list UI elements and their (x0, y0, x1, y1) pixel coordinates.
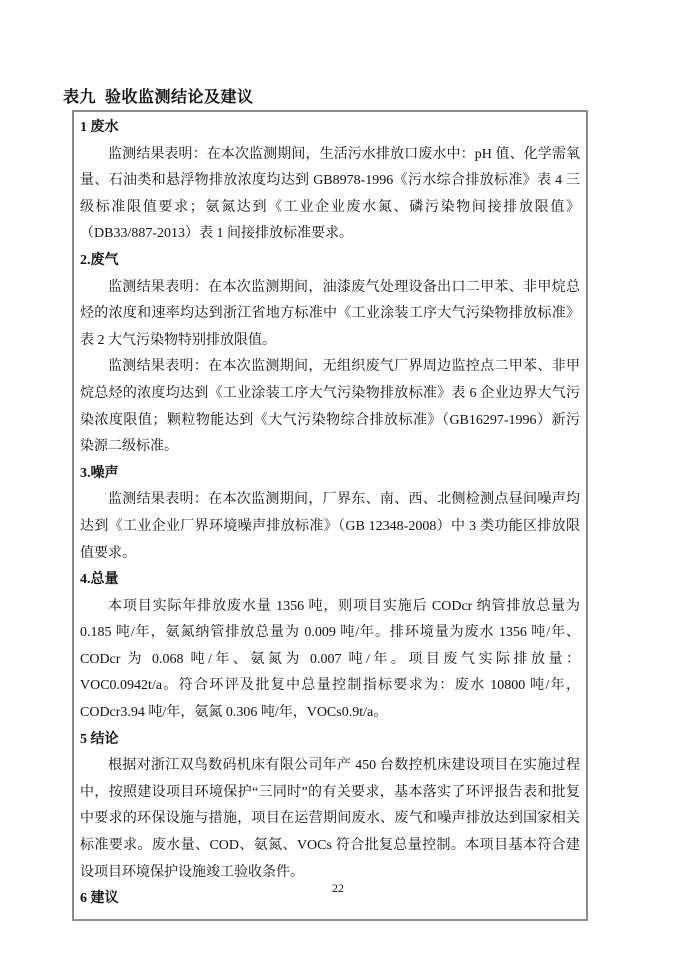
paragraph: 监测结果表明：在本次监测期间，油漆废气处理设备出口二甲苯、非甲烷总烃的浓度和速率… (80, 275, 580, 355)
section-heading: 3.噪声 (80, 461, 580, 488)
table-title: 表九 验收监测结论及建议 (63, 84, 254, 107)
section: 3.噪声监测结果表明：在本次监测期间，厂界东、南、西、北侧检测点昼间噪声均达到《… (80, 461, 580, 567)
paragraph: 监测结果表明：在本次监测期间，厂界东、南、西、北侧检测点昼间噪声均达到《工业企业… (80, 487, 580, 567)
paragraph: 监测结果表明：在本次监测期间，生活污水排放口废水中：pH 值、化学需氧量、石油类… (80, 142, 580, 248)
section-heading: 1 废水 (80, 115, 580, 142)
paragraph: 监测结果表明：在本次监测期间，无组织废气厂界周边监控点二甲苯、非甲烷总烃的浓度均… (80, 354, 580, 460)
section-heading: 4.总量 (80, 567, 580, 594)
document-page: 表九 验收监测结论及建议 1 废水监测结果表明：在本次监测期间，生活污水排放口废… (0, 0, 676, 955)
section-heading: 5 结论 (80, 727, 580, 754)
section: 1 废水监测结果表明：在本次监测期间，生活污水排放口废水中：pH 值、化学需氧量… (80, 115, 580, 248)
section-heading: 2.废气 (80, 248, 580, 275)
paragraph: 本项目实际年排放废水量 1356 吨，则项目实施后 CODcr 纳管排放总量为 … (80, 594, 580, 727)
page-number: 22 (0, 881, 676, 896)
paragraph: 根据对浙江双鸟数码机床有限公司年产 450 台数控机床建设项目在实施过程中，按照… (80, 753, 580, 886)
content-box: 1 废水监测结果表明：在本次监测期间，生活污水排放口废水中：pH 值、化学需氧量… (72, 110, 588, 921)
section: 4.总量本项目实际年排放废水量 1356 吨，则项目实施后 CODcr 纳管排放… (80, 567, 580, 727)
section: 2.废气监测结果表明：在本次监测期间，油漆废气处理设备出口二甲苯、非甲烷总烃的浓… (80, 248, 580, 461)
section: 5 结论根据对浙江双鸟数码机床有限公司年产 450 台数控机床建设项目在实施过程… (80, 727, 580, 887)
